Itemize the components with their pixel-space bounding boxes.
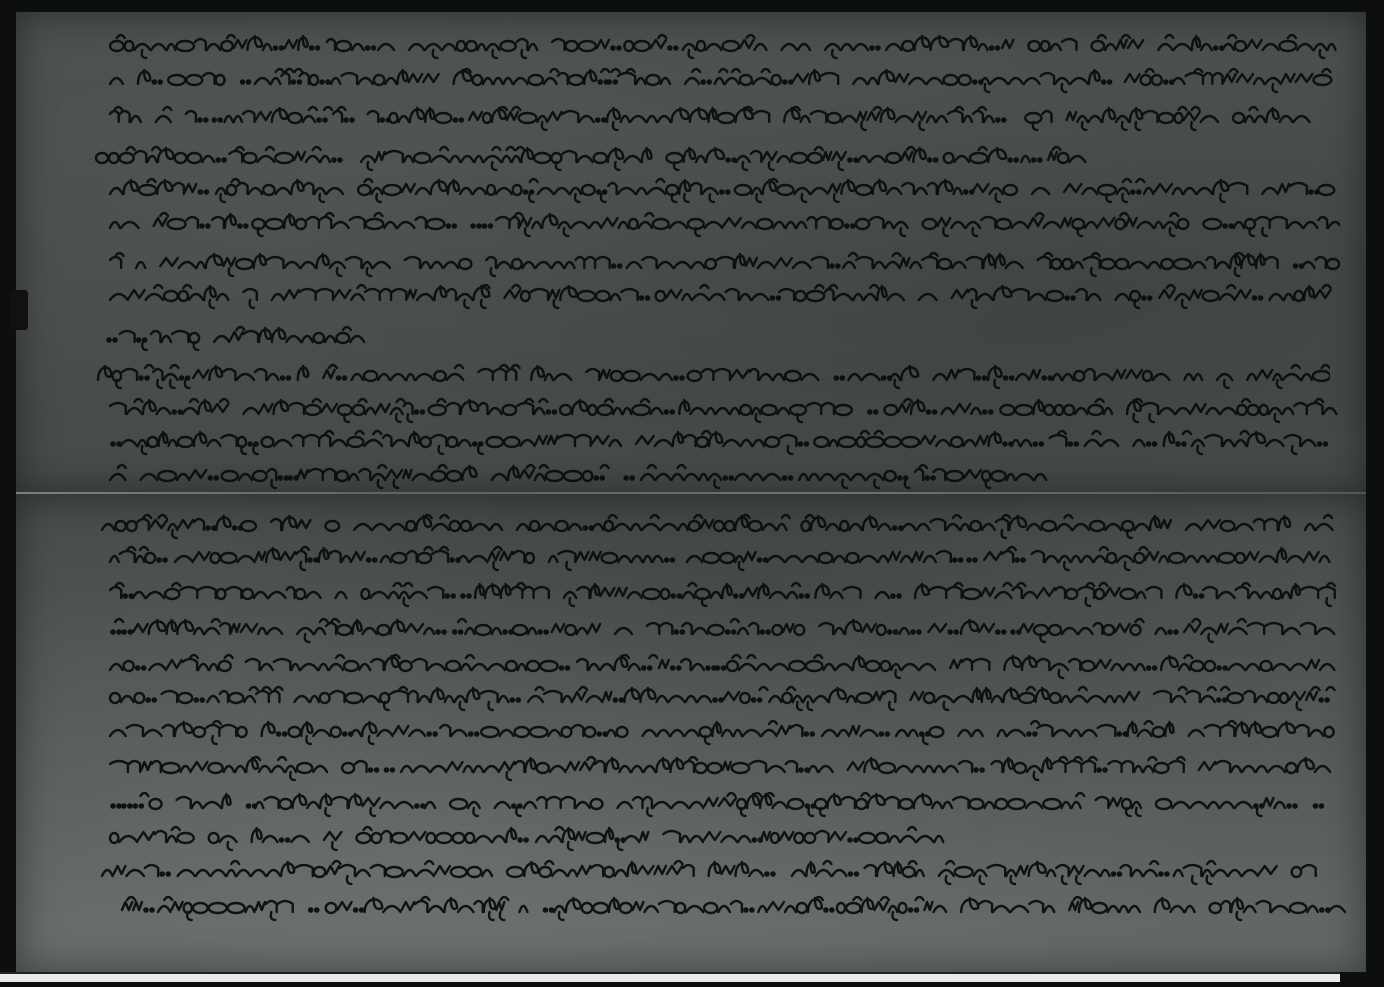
bottom-leaf-text-line: [108, 614, 1340, 644]
top-leaf-text-line: [108, 174, 1340, 204]
binding-tab: [10, 290, 28, 330]
bottom-leaf-text-line: [108, 788, 1340, 818]
bottom-leaf-text-line: [100, 856, 1320, 886]
top-leaf-text-line: [96, 360, 1330, 390]
bottom-leaf-text-line: [108, 650, 1340, 680]
bottom-leaf-text-line: [108, 542, 1340, 572]
top-leaf-text-line: [108, 102, 1320, 132]
top-leaf-text-line: [108, 30, 1340, 60]
top-leaf-text-line: [108, 64, 1340, 94]
page-bottom-edge: [0, 972, 1340, 982]
bottom-leaf-text-line: [108, 822, 960, 852]
top-leaf-text-line: [108, 426, 1340, 456]
bottom-leaf-text-line: [120, 892, 1350, 922]
top-leaf-text-line: [108, 460, 1050, 490]
top-leaf-text-line: [108, 248, 1340, 278]
bottom-leaf-text-line: [108, 682, 1340, 712]
bottom-leaf-text-line: [100, 510, 1340, 540]
top-leaf-text-line: [108, 280, 1340, 310]
top-leaf-text-line: [108, 208, 1340, 238]
bottom-leaf-text-line: [108, 578, 1340, 608]
top-leaf-text-line: [94, 142, 1090, 172]
top-leaf-text-line: [104, 322, 370, 352]
bottom-leaf-text-line: [108, 752, 1340, 782]
bottom-leaf-text-line: [108, 716, 1340, 746]
top-leaf-text-line: [108, 394, 1340, 424]
